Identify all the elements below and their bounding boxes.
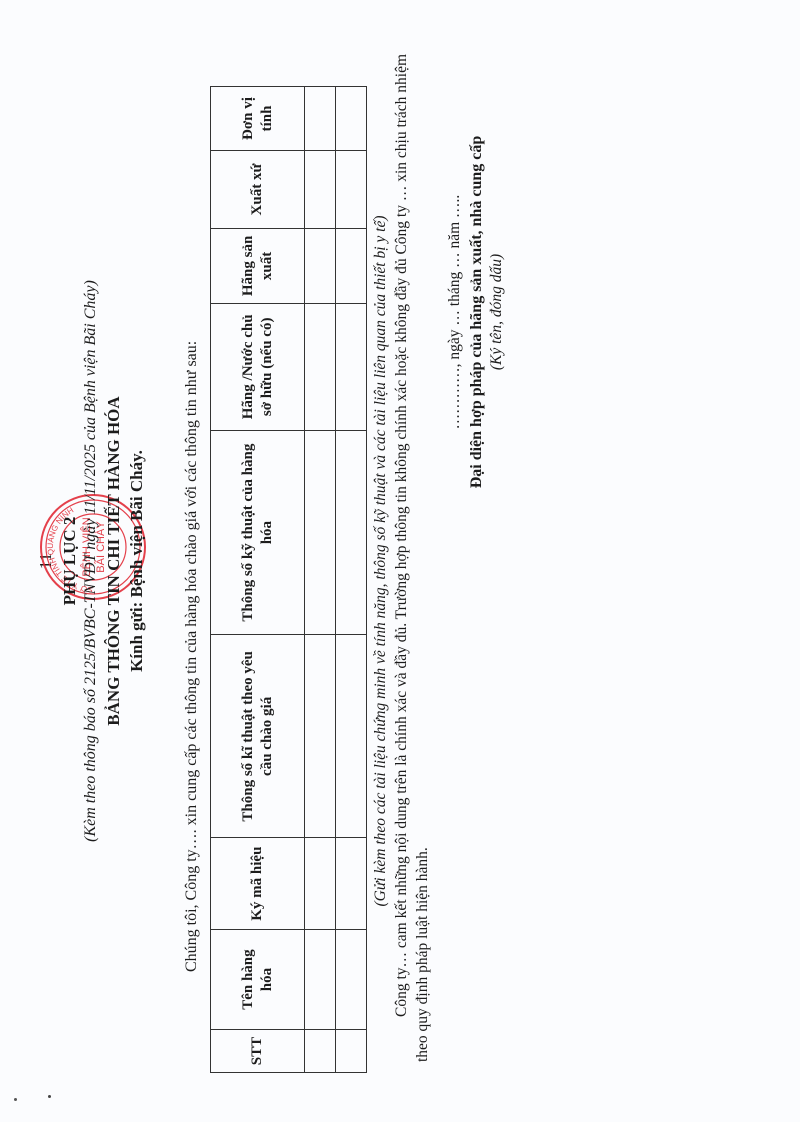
table-cell [305, 838, 336, 930]
column-header: Xuất xứ [211, 151, 305, 229]
document-heading: BẢNG THÔNG TIN CHI TIẾT HÀNG HÓA [104, 0, 124, 1122]
intro-paragraph: Chúng tôi, Công ty…. xin cung cấp các th… [183, 341, 201, 972]
table-cell [336, 87, 367, 151]
table-cell [305, 930, 336, 1030]
table-cell [336, 303, 367, 430]
table-row [305, 87, 336, 1073]
recipient-line: Kính gửi: Bệnh viện Bãi Cháy. [127, 0, 147, 1122]
table-cell [305, 635, 336, 838]
column-header: Ký mã hiệu [211, 838, 305, 930]
rotated-page: 11 SỞ Y TẾ TỈNH QUẢNG NINH BỆNH VIỆN BÃI… [0, 0, 800, 1122]
date-line: …………, ngày … tháng … năm ….. [446, 122, 464, 502]
table-cell [336, 838, 367, 930]
commitment-paragraph: Công ty… cam kết những nội dung trên là … [392, 52, 434, 1062]
table-cell [336, 930, 367, 1030]
table-row [336, 87, 367, 1073]
table-cell [305, 151, 336, 229]
table-cell [305, 430, 336, 635]
table-cell [336, 1030, 367, 1073]
table-cell [336, 430, 367, 635]
goods-detail-table: STTTên hàng hóaKý mã hiệuThông số kĩ thu… [210, 86, 367, 1073]
table-cell [305, 87, 336, 151]
column-header: Tên hàng hóa [211, 930, 305, 1030]
column-header: Hãng /Nước chủ sở hữu (nếu có) [211, 303, 305, 430]
table-cell [305, 228, 336, 303]
column-header: STT [211, 1030, 305, 1073]
appendix-subtitle: (Kèm theo thông báo số 2125/BVBC-TNVĐT n… [82, 0, 100, 1122]
table-header-row: STTTên hàng hóaKý mã hiệuThông số kĩ thu… [211, 87, 305, 1073]
table-cell [305, 303, 336, 430]
column-header: Thông số kĩ thuật theo yêu cầu chào giá [211, 635, 305, 838]
table-cell [336, 151, 367, 229]
signature-title: Đại diện hợp pháp của hãng sản xuất, nhà… [468, 62, 486, 562]
column-header: Thông số kỹ thuật của hàng hóa [211, 430, 305, 635]
column-header: Đơn vị tính [211, 87, 305, 151]
document-scan: 11 SỞ Y TẾ TỈNH QUẢNG NINH BỆNH VIỆN BÃI… [0, 0, 800, 1122]
table-cell [336, 635, 367, 838]
appendix-title: PHỤ LỤC 2 [60, 0, 80, 1122]
table-cell [305, 1030, 336, 1073]
table-cell [336, 228, 367, 303]
attachment-note: (Gửi kèm theo các tài liệu chứng minh về… [372, 0, 390, 1122]
column-header: Hãng sản xuất [211, 228, 305, 303]
signature-note: (Ký tên, đóng dấu) [488, 62, 506, 562]
